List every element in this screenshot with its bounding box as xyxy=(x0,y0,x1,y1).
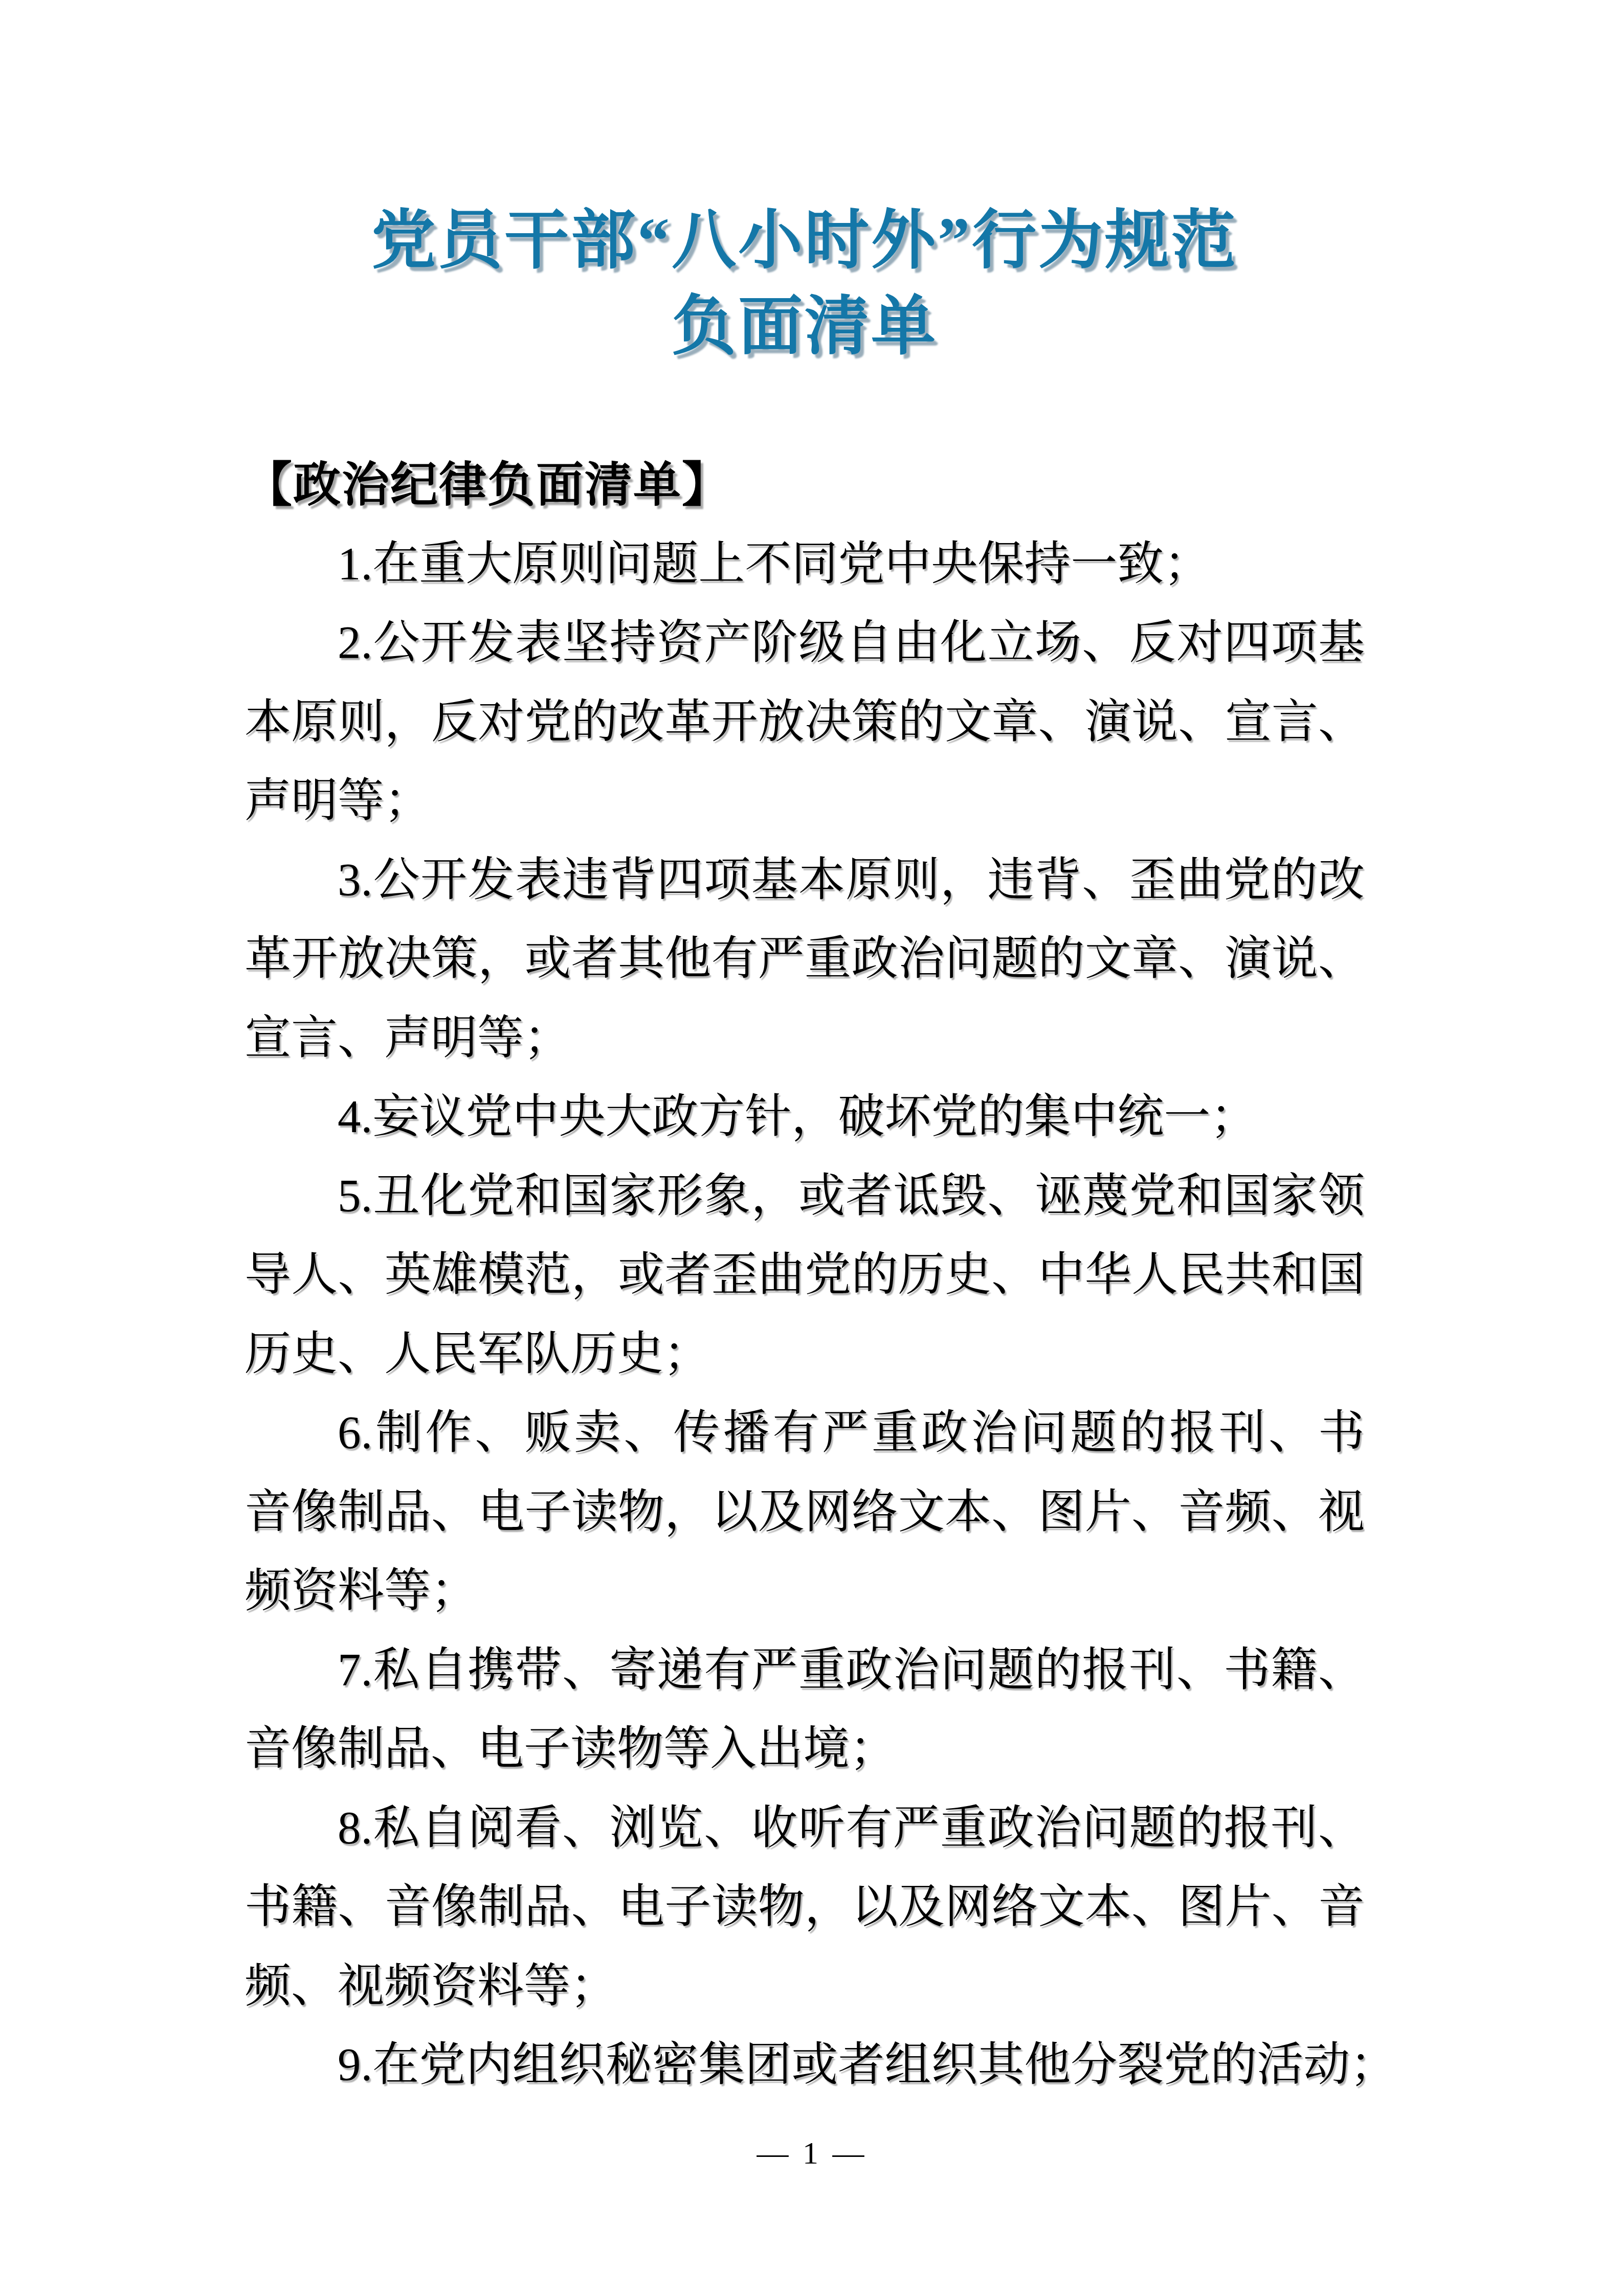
document-line: 历史、人民军队历史； xyxy=(244,1315,1365,1394)
document-title: 党员干部“八小时外”行为规范 负面清单 xyxy=(244,198,1365,370)
document-line: 2.公开发表坚持资产阶级自由化立场、反对四项基 xyxy=(244,603,1365,683)
section-header: 【政治纪律负面清单】 xyxy=(244,445,1365,525)
document-line: 音像制品、电子读物，以及网络文本、图片、音频、视 xyxy=(244,1473,1365,1552)
document-line: 频、视频资料等； xyxy=(244,1947,1365,2026)
document-line: 9.在党内组织秘密集团或者组织其他分裂党的活动； xyxy=(244,2025,1365,2105)
page-number: — 1 — xyxy=(0,2130,1624,2176)
title-line-1: 党员干部“八小时外”行为规范 xyxy=(244,198,1365,284)
title-line-2: 负面清单 xyxy=(244,284,1365,370)
document-page: 党员干部“八小时外”行为规范 负面清单 【政治纪律负面清单】1.在重大原则问题上… xyxy=(0,0,1624,2296)
document-line: 声明等； xyxy=(244,761,1365,841)
document-line: 本原则，反对党的改革开放决策的文章、演说、宣言、 xyxy=(244,683,1365,762)
document-line: 宣言、声明等； xyxy=(244,999,1365,1078)
document-line: 1.在重大原则问题上不同党中央保持一致； xyxy=(244,525,1365,604)
document-line: 4.妄议党中央大政方针，破坏党的集中统一； xyxy=(244,1077,1365,1157)
document-line: 3.公开发表违背四项基本原则，违背、歪曲党的改 xyxy=(244,841,1365,920)
document-line: 频资料等； xyxy=(244,1551,1365,1631)
document-line: 5.丑化党和国家形象，或者诋毁、诬蔑党和国家领 xyxy=(244,1157,1365,1236)
document-line: 革开放决策，或者其他有严重政治问题的文章、演说、 xyxy=(244,919,1365,999)
document-line: 书籍、音像制品、电子读物，以及网络文本、图片、音 xyxy=(244,1867,1365,1947)
document-line: 导人、英雄模范，或者歪曲党的历史、中华人民共和国 xyxy=(244,1235,1365,1315)
document-line: 音像制品、电子读物等入出境； xyxy=(244,1709,1365,1789)
body-lines: 【政治纪律负面清单】1.在重大原则问题上不同党中央保持一致；2.公开发表坚持资产… xyxy=(244,445,1365,2105)
document-line: 8.私自阅看、浏览、收听有严重政治问题的报刊、 xyxy=(244,1789,1365,1868)
document-line: 7.私自携带、寄递有严重政治问题的报刊、书籍、 xyxy=(244,1631,1365,1710)
document-line: 6.制作、贩卖、传播有严重政治问题的报刊、书籍、 xyxy=(244,1393,1365,1473)
